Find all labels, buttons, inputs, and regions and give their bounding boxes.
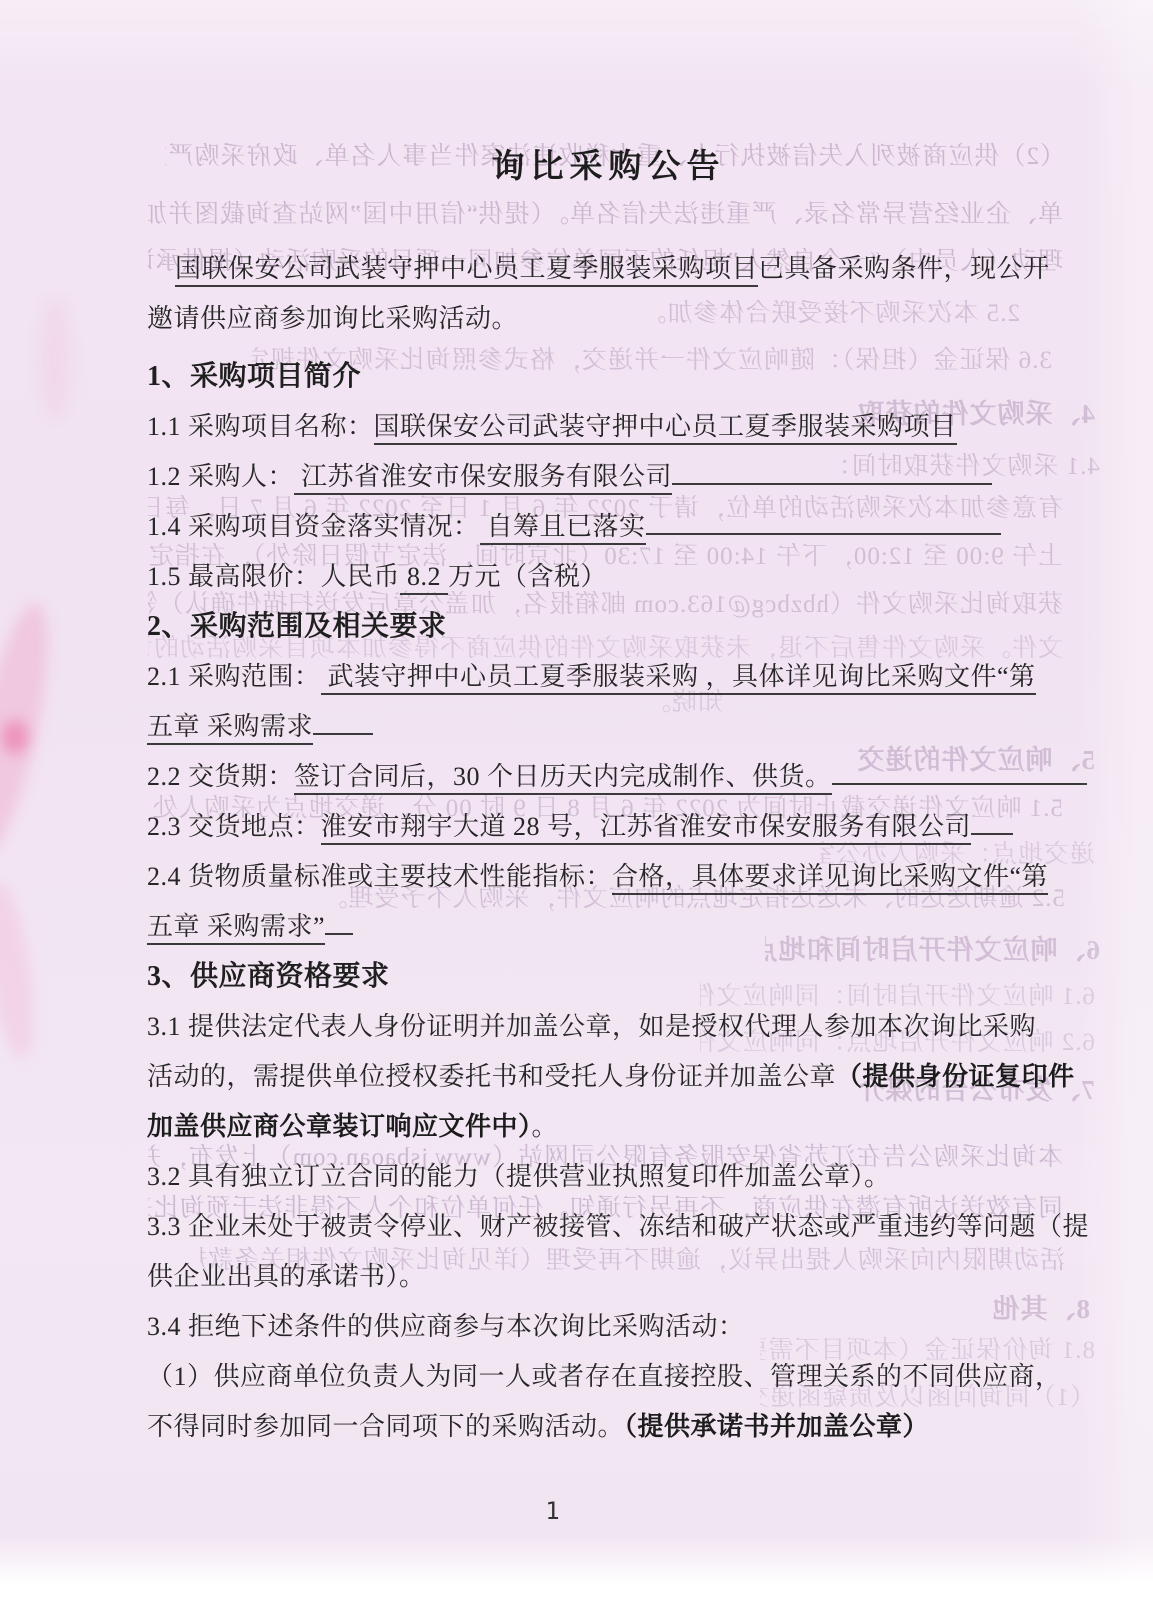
item-1-4: 1.4 采购项目资金落实情况： 自筹且已落实 [147, 502, 1070, 552]
pink-smudge [2, 720, 28, 754]
scan-bottom-edge [0, 1582, 1153, 1600]
item-3-1-text2: 活动的，需提供单位授权委托书和受托人身份证并加盖公章 [147, 1062, 836, 1091]
item-2-1-value: 武装守押中心员工夏季服装采购 ，具体详见询比采购文件“第 [321, 662, 1036, 695]
item-3-2: 3.2 具有独立订立合同的能力（提供营业执照复印件加盖公章）。 [147, 1152, 1070, 1202]
item-1-1: 1.1 采购项目名称：国联保安公司武装守押中心员工夏季服装采购项目 [147, 402, 1070, 452]
underline-fill [646, 503, 1001, 535]
item-1-2-label: 1.2 采购人： [147, 462, 294, 491]
item-2-1-line2: 五章 采购需求 [147, 702, 1070, 752]
scan-top-highlight [0, 0, 1153, 90]
item-2-1-value2: 五章 采购需求 [147, 712, 313, 745]
item-2-4-line1: 2.4 货物质量标准或主要技术性能指标：合格，具体要求详见询比采购文件“第 [147, 852, 1070, 902]
page-number: 1 [0, 1497, 1105, 1525]
underline-fill [672, 453, 992, 485]
item-3-4-sub1-line1: （1）供应商单位负责人为同一人或者存在直接控股、管理关系的不同供应商， [147, 1352, 1070, 1402]
underline-fill [325, 903, 353, 935]
project-name-underlined: 国联保安公司武装守押中心员工夏季服装采购项目 [175, 254, 758, 287]
section-3-heading: 3、供应商资格要求 [147, 952, 1070, 1002]
item-2-3-value: 淮安市翔宇大道 28 号，江苏省淮安市保安服务有限公司 [321, 812, 972, 845]
intro-line-1: 国联保安公司武装守押中心员工夏季服装采购项目已具备采购条件，现公开 [147, 244, 1070, 294]
item-2-2-value: 签订合同后，30 个日历天内完成制作、供货。 [294, 762, 832, 795]
pink-smudge [40, 300, 70, 420]
section-1-heading: 1、采购项目简介 [147, 352, 1070, 402]
item-2-1-line1: 2.1 采购范围： 武装守押中心员工夏季服装采购 ，具体详见询比采购文件“第 [147, 652, 1070, 702]
item-3-1-period: 。 [532, 1112, 559, 1141]
item-3-4-sub1-bold: （提供承诺书并加盖公章） [624, 1412, 929, 1441]
item-3-4-sub1-text1: （1）供应商单位负责人为同一人或者存在直接控股、管理关系的不同供应商， [147, 1362, 1062, 1391]
document-title: 询比采购公告 [147, 142, 1070, 198]
underline-fill [971, 803, 1013, 835]
item-3-1-line3: 加盖供应商公章装订响应文件中）。 [147, 1102, 1070, 1152]
item-1-5-label: 1.5 最高限价：人民币 [147, 562, 400, 591]
item-2-3-label: 2.3 交货地点： [147, 812, 321, 841]
item-2-2-label: 2.2 交货期： [147, 762, 294, 791]
item-1-2-value: 江苏省淮安市保安服务有限公司 [294, 462, 672, 495]
scanned-document-page: （2）供应商被列入失信被执行人、重大税收违法案件当事人名单、政府采购严重违法失信… [0, 0, 1153, 1600]
item-3-4: 3.4 拒绝下述条件的供应商参与本次询比采购活动： [147, 1302, 1070, 1352]
intro-text: 已具备采购条件，现公开 [758, 254, 1050, 283]
item-2-2: 2.2 交货期：签订合同后，30 个日历天内完成制作、供货。 [147, 752, 1070, 802]
item-3-3-text2: 供企业出具的承诺书）。 [147, 1262, 426, 1291]
item-3-1-line2: 活动的，需提供单位授权委托书和受托人身份证并加盖公章（提供身份证复印件 [147, 1052, 1070, 1102]
item-1-5-value: 8.2 [400, 562, 448, 595]
item-2-4-value: 合格，具体要求详见询比采购文件“第 [612, 862, 1048, 895]
item-1-4-value: 自筹且已落实 [480, 512, 646, 545]
item-1-5-suffix: 万元（含税） [448, 562, 607, 591]
item-1-1-label: 1.1 采购项目名称： [147, 412, 374, 441]
item-3-1-line1: 3.1 提供法定代表人身份证明并加盖公章，如是授权代理人参加本次询比采购 [147, 1002, 1070, 1052]
item-3-4-sub1-text2: 不得同时参加同一合同项下的采购活动。 [147, 1412, 624, 1441]
underline-fill [832, 753, 1087, 785]
item-1-4-label: 1.4 采购项目资金落实情况： [147, 512, 480, 541]
item-2-4-value2: 五章 采购需求” [147, 912, 325, 945]
item-2-4-line2: 五章 采购需求” [147, 902, 1070, 952]
item-3-3-line1: 3.3 企业未处于被责令停业、财产被接管、冻结和破产状态或严重违约等问题（提 [147, 1202, 1070, 1252]
section-2-heading: 2、采购范围及相关要求 [147, 602, 1070, 652]
item-3-3-line2: 供企业出具的承诺书）。 [147, 1252, 1070, 1302]
item-2-3: 2.3 交货地点：淮安市翔宇大道 28 号，江苏省淮安市保安服务有限公司 [147, 802, 1070, 852]
item-1-5: 1.5 最高限价：人民币 8.2 万元（含税） [147, 552, 1070, 602]
item-3-4-text: 3.4 拒绝下述条件的供应商参与本次询比采购活动： [147, 1312, 745, 1341]
item-1-2: 1.2 采购人： 江苏省淮安市保安服务有限公司 [147, 452, 1070, 502]
item-1-1-value: 国联保安公司武装守押中心员工夏季服装采购项目 [374, 412, 957, 445]
intro-line-2: 邀请供应商参加询比采购活动。 [147, 294, 1070, 344]
underline-fill [313, 703, 373, 735]
item-3-3-text1: 3.3 企业未处于被责令停业、财产被接管、冻结和破产状态或严重违约等问题（提 [147, 1212, 1089, 1241]
item-3-4-sub1-line2: 不得同时参加同一合同项下的采购活动。（提供承诺书并加盖公章） [147, 1402, 1070, 1452]
document-content: 询比采购公告 国联保安公司武装守押中心员工夏季服装采购项目已具备采购条件，现公开… [0, 0, 1153, 1452]
item-3-2-text: 3.2 具有独立订立合同的能力（提供营业执照复印件加盖公章）。 [147, 1162, 891, 1191]
item-3-1-bold1: （提供身份证复印件 [836, 1062, 1075, 1091]
item-2-1-label: 2.1 采购范围： [147, 662, 321, 691]
intro-text-2: 邀请供应商参加询比采购活动。 [147, 304, 518, 333]
item-3-1-text1: 3.1 提供法定代表人身份证明并加盖公章，如是授权代理人参加本次询比采购 [147, 1012, 1036, 1041]
item-3-1-bold2: 加盖供应商公章装订响应文件中） [147, 1112, 532, 1141]
item-2-4-label: 2.4 货物质量标准或主要技术性能指标： [147, 862, 612, 891]
scan-edge-highlight [1078, 0, 1153, 1585]
